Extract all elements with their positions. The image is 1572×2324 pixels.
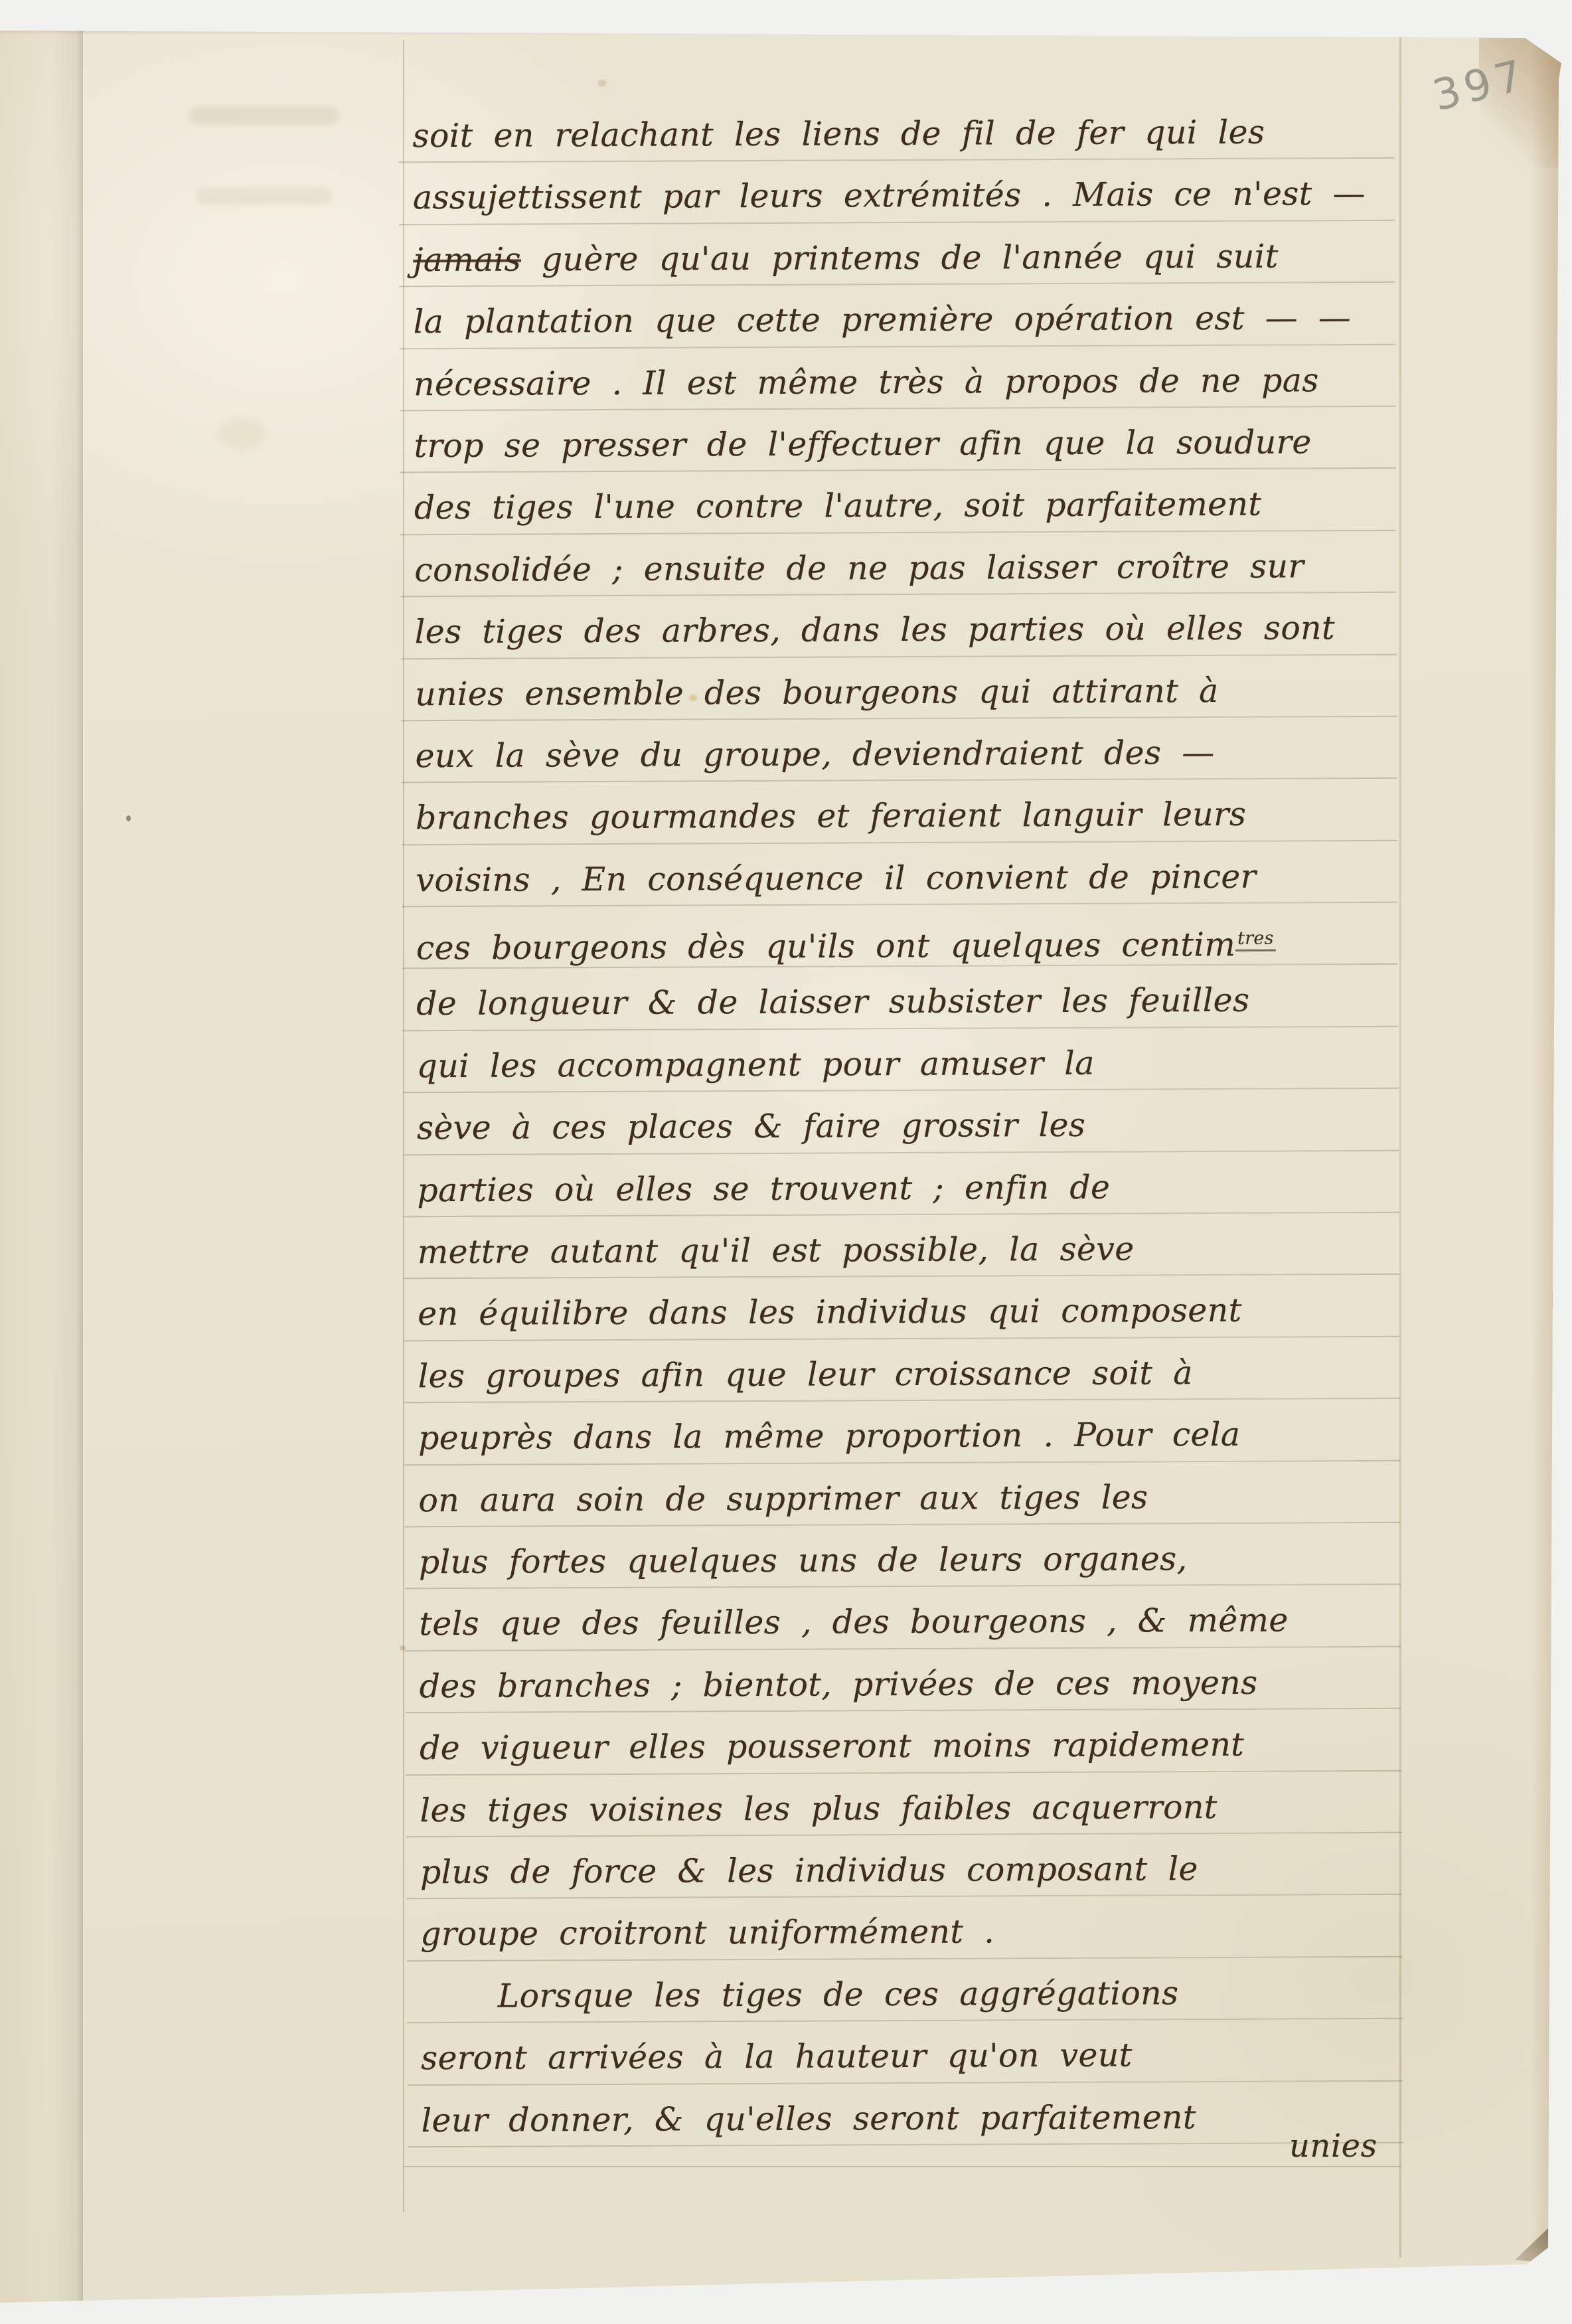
manuscript-page: 397 soit en relachant les liens de fil d… — [0, 0, 1572, 2324]
line-segment: de longueur & de laisser subsister les f… — [416, 981, 1249, 1023]
line-segment: eux la sève du groupe, deviendraient des… — [415, 734, 1214, 775]
line-segment: en équilibre dans les individus qui comp… — [418, 1291, 1242, 1333]
line-segment: consolidée ; ensuite de ne pas laisser c… — [414, 547, 1304, 589]
manuscript-line: parties où elles se trouvent ; enfin de — [417, 1157, 1399, 1223]
line-segment: assujettissent par leurs extrémités . Ma… — [413, 175, 1366, 216]
left-margin-rule — [403, 40, 404, 2212]
line-segment: mettre autant qu'il est possible, la sèv… — [418, 1230, 1135, 1272]
line-segment: tres — [1235, 928, 1276, 952]
line-segment: des branches ; bientot, privées de ces m… — [420, 1663, 1258, 1705]
text-block: soit en relachant les liens de fil de fe… — [412, 103, 1403, 2153]
foxing-speck — [126, 815, 131, 821]
manuscript-line: plus fortes quelques uns de leurs organe… — [419, 1529, 1401, 1596]
line-segment: guère qu'au printems de l'année qui suit — [521, 237, 1279, 278]
line-segment: qui les accompagnent pour amuser la — [416, 1044, 1094, 1085]
line-segment: leur donner, & qu'elles seront parfaitem… — [421, 2098, 1196, 2139]
manuscript-line: de longueur & de laisser subsister les f… — [416, 971, 1399, 1037]
manuscript-line: ces bourgeons dès qu'ils ont quelques ce… — [416, 909, 1399, 975]
line-segment: parties où elles se trouvent ; enfin de — [417, 1168, 1110, 1209]
line-segment: peuprès dans la même proportion . Pour c… — [418, 1416, 1240, 1457]
line-segment: plus de force & les individus composant … — [420, 1850, 1198, 1891]
line-segment: unies ensemble des bourgeons qui attiran… — [415, 671, 1219, 712]
manuscript-line: soit en relachant les liens de fil de fe… — [412, 103, 1395, 169]
manuscript-line: tels que des feuilles , des bourgeons , … — [419, 1591, 1401, 1657]
manuscript-line: des tiges l'une contre l'autre, soit par… — [414, 475, 1397, 541]
manuscript-line: Lorsque les tiges de ces aggrégations — [421, 1963, 1403, 2029]
line-segment: seront arrivées à la hauteur qu'on veut — [421, 2036, 1133, 2078]
manuscript-line: plus de force & les individus composant … — [420, 1839, 1403, 1906]
ink-show-through — [189, 106, 339, 125]
manuscript-line: on aura soin de supprimer aux tiges les — [418, 1467, 1401, 1533]
page-top-edge — [0, 31, 1561, 35]
manuscript-line: voisins , En conséquence il convient de … — [416, 847, 1398, 913]
line-segment: soit en relachant les liens de fil de fe… — [412, 114, 1265, 155]
foxing-speck — [400, 1645, 406, 1651]
line-segment: trop se presser de l'effectuer afin que … — [414, 423, 1311, 465]
line-segment: les tiges voisines les plus faibles acqu… — [420, 1788, 1218, 1829]
line-segment: ces bourgeons dès qu'ils ont quelques ce… — [416, 926, 1236, 967]
catchword: unies — [1289, 2127, 1377, 2165]
manuscript-line: eux la sève du groupe, deviendraient des… — [415, 723, 1397, 789]
foxing-speck — [219, 418, 266, 449]
line-segment: les groupes afin que leur croissance soi… — [418, 1354, 1192, 1395]
manuscript-line: leur donner, & qu'elles seront parfaitem… — [421, 2087, 1403, 2153]
foxing-speck — [1354, 2284, 1361, 2289]
manuscript-line: de vigueur elles pousseront moins rapide… — [420, 1715, 1402, 1782]
manuscript-line: les groupes afin que leur croissance soi… — [418, 1343, 1400, 1410]
line-segment: des tiges l'une contre l'autre, soit par… — [414, 485, 1262, 527]
manuscript-line: nécessaire . Il est même très à propos d… — [414, 351, 1396, 417]
manuscript-line: mettre autant qu'il est possible, la sèv… — [418, 1219, 1400, 1286]
manuscript-line: les tiges voisines les plus faibles acqu… — [420, 1777, 1402, 1843]
manuscript-line: jamais guère qu'au printems de l'année q… — [413, 227, 1395, 293]
line-segment: de vigueur elles pousseront moins rapide… — [420, 1726, 1244, 1767]
line-segment: plus fortes quelques uns de leurs organe… — [419, 1540, 1188, 1581]
line-segment: jamais — [413, 240, 521, 279]
line-segment: sève à ces places & faire grossir les — [417, 1106, 1085, 1147]
line-segment: Lorsque les tiges de ces aggrégations — [498, 1974, 1179, 2015]
fore-edge-tint — [1531, 40, 1563, 2258]
manuscript-line: unies ensemble des bourgeons qui attiran… — [415, 661, 1397, 727]
manuscript-line: les tiges des arbres, dans les parties o… — [415, 599, 1397, 665]
line-segment: tels que des feuilles , des bourgeons , … — [419, 1602, 1289, 1643]
manuscript-line: trop se presser de l'effectuer afin que … — [414, 413, 1396, 479]
manuscript-line: branches gourmandes et feraient languir … — [416, 785, 1398, 851]
ink-show-through — [196, 187, 332, 205]
line-segment: les tiges des arbres, dans les parties o… — [415, 609, 1335, 651]
line-segment: voisins , En conséquence il convient de … — [416, 857, 1256, 899]
manuscript-line: consolidée ; ensuite de ne pas laisser c… — [414, 537, 1397, 604]
manuscript-line: peuprès dans la même proportion . Pour c… — [418, 1405, 1401, 1471]
gutter-strip — [0, 31, 83, 2303]
line-segment: la plantation que cette première opérati… — [414, 299, 1352, 341]
line-segment: on aura soin de supprimer aux tiges les — [418, 1478, 1148, 1519]
manuscript-line: qui les accompagnent pour amuser la — [416, 1033, 1399, 1100]
line-segment: groupe croitront uniformément . — [420, 1913, 994, 1953]
line-segment: nécessaire . Il est même très à propos d… — [414, 361, 1319, 403]
ruled-guideline — [404, 2166, 1401, 2167]
manuscript-line: sève à ces places & faire grossir les — [417, 1095, 1399, 1161]
manuscript-line: des branches ; bientot, privées de ces m… — [419, 1653, 1401, 1720]
foxing-speck — [597, 80, 607, 86]
manuscript-line: groupe croitront uniformément . — [420, 1901, 1403, 1967]
manuscript-line: seront arrivées à la hauteur qu'on veut — [421, 2025, 1403, 2092]
line-segment: branches gourmandes et feraient languir … — [416, 795, 1247, 837]
manuscript-line: assujettissent par leurs extrémités . Ma… — [413, 165, 1395, 231]
manuscript-line: en équilibre dans les individus qui comp… — [418, 1281, 1400, 1347]
manuscript-line: la plantation que cette première opérati… — [414, 289, 1396, 355]
